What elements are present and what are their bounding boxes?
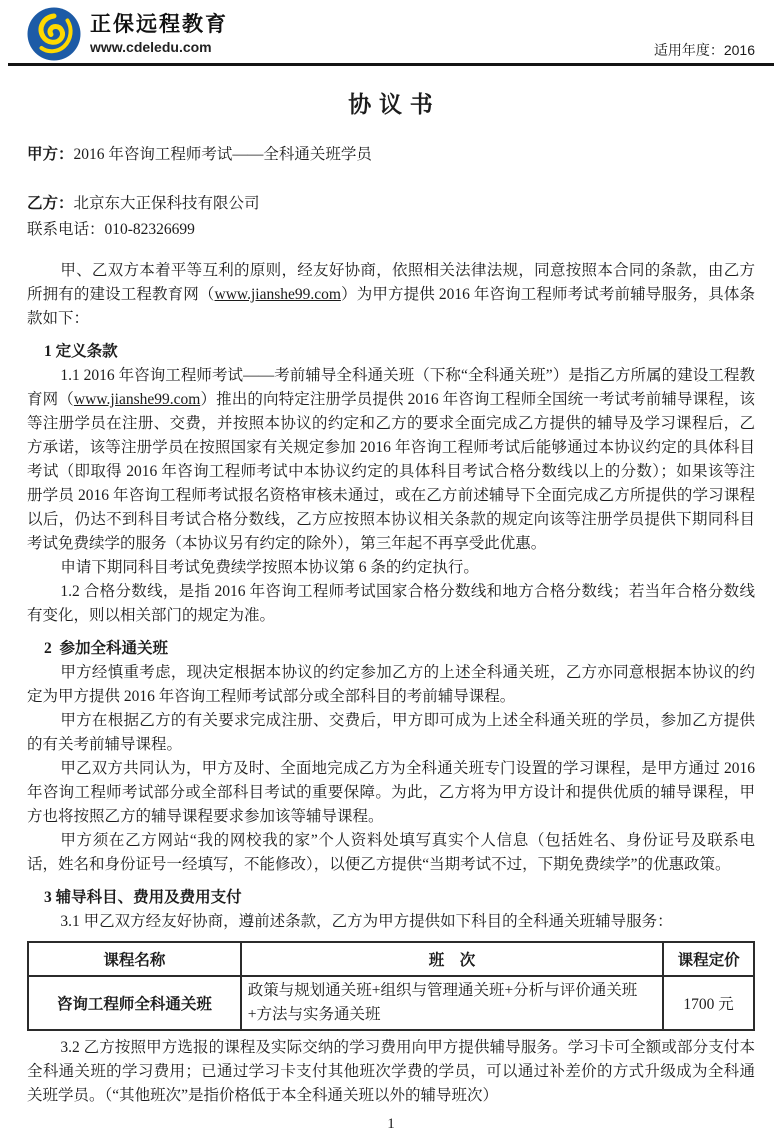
- brand-block: 正保远程教育 www.cdeledu.com: [27, 7, 228, 61]
- clause-1-2: 1.2 合格分数线，是指 2016 年咨询工程师考试国家合格分数线和地方合格分数…: [27, 580, 755, 628]
- party-b-label: 乙方：: [27, 195, 74, 212]
- section-3-heading: 3 辅导科目、费用及费用支付: [27, 886, 755, 910]
- clause-3-1: 3.1 甲乙双方经友好协商，遵前述条款，乙方为甲方提供如下科目的全科通关班辅导服…: [27, 910, 755, 934]
- party-a-value: 2016 年咨询工程师考试——全科通关班学员: [74, 146, 372, 163]
- preamble-paragraph: 甲、乙双方本着平等互利的原则，经友好协商，依照相关法律法规，同意按照本合同的条款…: [27, 259, 755, 331]
- clause-1-renewal: 申请下期同科目考试免费续学按照本协议第 6 条的约定执行。: [27, 556, 755, 580]
- clause-2-paragraph-3: 甲乙双方共同认为，甲方及时、全面地完成乙方为全科通关班专门设置的学习课程，是甲方…: [27, 757, 755, 829]
- party-b-line: 乙方：北京东大正保科技有限公司: [27, 192, 755, 216]
- party-a-label: 甲方：: [27, 146, 74, 163]
- party-a-line: 甲方：2016 年咨询工程师考试——全科通关班学员: [27, 143, 755, 167]
- fee-table-header-row: 课程名称 班 次 课程定价: [28, 942, 754, 976]
- col-header-course-name: 课程名称: [28, 942, 241, 976]
- contact-phone-line: 联系电话：010-82326699: [27, 218, 755, 242]
- clause-2-paragraph-4: 甲方须在乙方网站“我的网校我的家”个人资料处填写真实个人信息（包括姓名、身份证号…: [27, 829, 755, 877]
- fee-table-data-row: 咨询工程师全科通关班 政策与规划通关班+组织与管理通关班+分析与评价通关班+方法…: [28, 976, 754, 1030]
- cell-price: 1700 元: [663, 976, 754, 1030]
- cell-course-name: 咨询工程师全科通关班: [28, 976, 241, 1030]
- document-page: 正保远程教育 www.cdeledu.com 适用年度：2016 协 议 书 甲…: [0, 0, 782, 1143]
- jianshe99-link-2[interactable]: www.jianshe99.com: [74, 391, 200, 408]
- clause-1-1-after: ）推出的向特定注册学员提供 2016 年咨询工程师全国统一考试考前辅导课程，该等…: [27, 391, 755, 552]
- brand-website: www.cdeledu.com: [90, 39, 228, 55]
- clause-2-paragraph-1: 甲方经慎重考虑，现决定根据本协议的约定参加乙方的上述全科通关班，乙方亦同意根据本…: [27, 661, 755, 709]
- section-1-heading: 1 定义条款: [27, 340, 755, 364]
- company-logo-icon: [27, 7, 81, 61]
- col-header-price: 课程定价: [663, 942, 754, 976]
- course-fee-table: 课程名称 班 次 课程定价 咨询工程师全科通关班 政策与规划通关班+组织与管理通…: [27, 941, 755, 1031]
- brand-text: 正保远程教育 www.cdeledu.com: [90, 13, 228, 55]
- header-divider: [8, 63, 774, 66]
- cell-class-list: 政策与规划通关班+组织与管理通关班+分析与评价通关班+方法与实务通关班: [241, 976, 664, 1030]
- document-title: 协 议 书: [27, 86, 755, 119]
- page-number: 1: [0, 1116, 782, 1133]
- phone-label: 联系电话：: [27, 221, 105, 238]
- col-header-class-type: 班 次: [241, 942, 664, 976]
- brand-name: 正保远程教育: [90, 13, 228, 37]
- clause-1-1: 1.1 2016 年咨询工程师考试——考前辅导全科通关班（下称“全科通关班”）是…: [27, 364, 755, 556]
- party-b-value: 北京东大正保科技有限公司: [74, 195, 260, 212]
- applicable-year-label: 适用年度：2016: [654, 40, 755, 61]
- section-2-heading: 2 参加全科通关班: [27, 637, 755, 661]
- page-header: 正保远程教育 www.cdeledu.com 适用年度：2016: [27, 5, 755, 61]
- clause-2-paragraph-2: 甲方在根据乙方的有关要求完成注册、交费后，甲方即可成为上述全科通关班的学员，参加…: [27, 709, 755, 757]
- jianshe99-link[interactable]: www.jianshe99.com: [215, 286, 341, 303]
- phone-value: 010-82326699: [105, 221, 195, 238]
- clause-3-2: 3.2 乙方按照甲方选报的课程及实际交纳的学习费用向甲方提供辅导服务。学习卡可全…: [27, 1036, 755, 1108]
